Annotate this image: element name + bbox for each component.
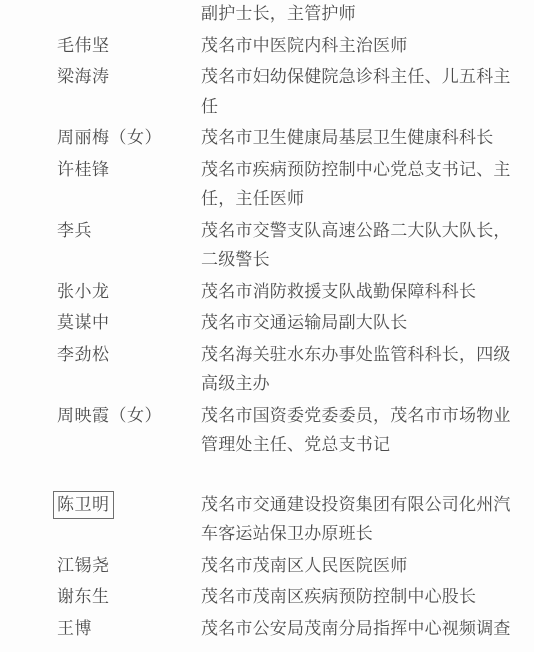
person-name: 王博 [57, 615, 201, 645]
list-item: 张小龙 茂名市消防救援支队战勤保障科科长 [57, 278, 504, 308]
person-title-line: 副护士长，主管护师 [201, 0, 504, 30]
person-name: 李劲松 [57, 341, 201, 371]
list-item: 江锡尧 茂名市茂南区人民医院医师 [57, 552, 504, 582]
person-name: 周映霞（女） [57, 402, 201, 432]
person-name: 江锡尧 [57, 552, 201, 582]
person-title: 茂名市国资委党委委员，茂名市市场物业管理处主任、党总支书记 [201, 402, 511, 461]
person-name: 李兵 [57, 217, 201, 247]
name-highlight-box: 陈卫明 [53, 491, 114, 519]
person-title-line: 茂名市消防救援支队战勤保障科科长 [201, 278, 504, 308]
person-name: 周丽梅（女） [57, 124, 201, 154]
list-item: 陈卫明 茂名市交通建设投资集团有限公司化州汽车客运站保卫办原班长 [57, 491, 504, 550]
person-title: 副护士长，主管护师 [201, 0, 504, 30]
person-name: 许桂锋 [57, 156, 201, 186]
list-item: 王博 茂名市公安局茂南分局指挥中心视频调查 [57, 615, 504, 645]
list-item: 莫谋中 茂名市交通运输局副大队长 [57, 309, 504, 339]
person-title-line: 茂名市交通运输局副大队长 [201, 309, 504, 339]
person-title-line: 茂名市卫生健康局基层卫生健康科科长 [201, 124, 504, 154]
person-title-line: 茂名市茂南区人民医院医师 [201, 552, 504, 582]
person-title-line: 茂名市中医院内科主治医师 [201, 32, 504, 62]
person-title-line: 二级警长 [201, 246, 511, 276]
person-title-line: 茂名市妇幼保健院急诊科主任、儿五科主 [201, 63, 511, 93]
list-item: 许桂锋 茂名市疾病预防控制中心党总支书记、主任，主任医师 [57, 156, 504, 215]
person-title: 茂名市交警支队高速公路二大队大队长，二级警长 [201, 217, 511, 276]
person-name: 毛伟坚 [57, 32, 201, 62]
list-item: 副护士长，主管护师 [57, 0, 504, 30]
person-title-line: 茂名市交警支队高速公路二大队大队长， [201, 217, 511, 247]
person-title: 茂名市妇幼保健院急诊科主任、儿五科主任 [201, 63, 511, 122]
person-title: 茂名市卫生健康局基层卫生健康科科长 [201, 124, 504, 154]
person-title-line: 车客运站保卫办原班长 [201, 520, 511, 550]
list-item: 李兵 茂名市交警支队高速公路二大队大队长，二级警长 [57, 217, 504, 276]
person-title-line: 任，主任医师 [201, 185, 511, 215]
person-title: 茂名市交通运输局副大队长 [201, 309, 504, 339]
person-title-line: 茂名市疾病预防控制中心党总支书记、主 [201, 156, 511, 186]
list-item: 毛伟坚 茂名市中医院内科主治医师 [57, 32, 504, 62]
person-title-line: 管理处主任、党总支书记 [201, 431, 511, 461]
person-title: 茂名市公安局茂南分局指挥中心视频调查 [201, 615, 511, 645]
document-page: 副护士长，主管护师 毛伟坚 茂名市中医院内科主治医师 梁海涛 茂名市妇幼保健院急… [0, 0, 534, 644]
person-title-line: 茂名市国资委党委委员，茂名市市场物业 [201, 402, 511, 432]
list-item: 周丽梅（女） 茂名市卫生健康局基层卫生健康科科长 [57, 124, 504, 154]
person-title-line: 茂名海关驻水东办事处监管科科长，四级 [201, 341, 511, 371]
person-title-line: 茂名市交通建设投资集团有限公司化州汽 [201, 491, 511, 521]
list-item: 梁海涛 茂名市妇幼保健院急诊科主任、儿五科主任 [57, 63, 504, 122]
person-name: 陈卫明 [57, 491, 201, 521]
person-title: 茂名市消防救援支队战勤保障科科长 [201, 278, 504, 308]
person-title-line: 茂名市茂南区疾病预防控制中心股长 [201, 583, 504, 613]
person-title: 茂名市疾病预防控制中心党总支书记、主任，主任医师 [201, 156, 511, 215]
person-title: 茂名市中医院内科主治医师 [201, 32, 504, 62]
person-title: 茂名市交通建设投资集团有限公司化州汽车客运站保卫办原班长 [201, 491, 511, 550]
person-title-line: 茂名市公安局茂南分局指挥中心视频调查 [201, 615, 511, 645]
list-item: 李劲松 茂名海关驻水东办事处监管科科长，四级高级主办 [57, 341, 504, 400]
person-title: 茂名市茂南区疾病预防控制中心股长 [201, 583, 504, 613]
person-name: 张小龙 [57, 278, 201, 308]
person-title: 茂名市茂南区人民医院医师 [201, 552, 504, 582]
person-name: 谢东生 [57, 583, 201, 613]
list-item: 周映霞（女） 茂名市国资委党委委员，茂名市市场物业管理处主任、党总支书记 [57, 402, 504, 461]
person-title-line: 高级主办 [201, 370, 511, 400]
person-title-line: 任 [201, 93, 511, 123]
list-item: 谢东生 茂名市茂南区疾病预防控制中心股长 [57, 583, 504, 613]
person-name: 梁海涛 [57, 63, 201, 93]
person-name: 莫谋中 [57, 309, 201, 339]
person-title: 茂名海关驻水东办事处监管科科长，四级高级主办 [201, 341, 511, 400]
